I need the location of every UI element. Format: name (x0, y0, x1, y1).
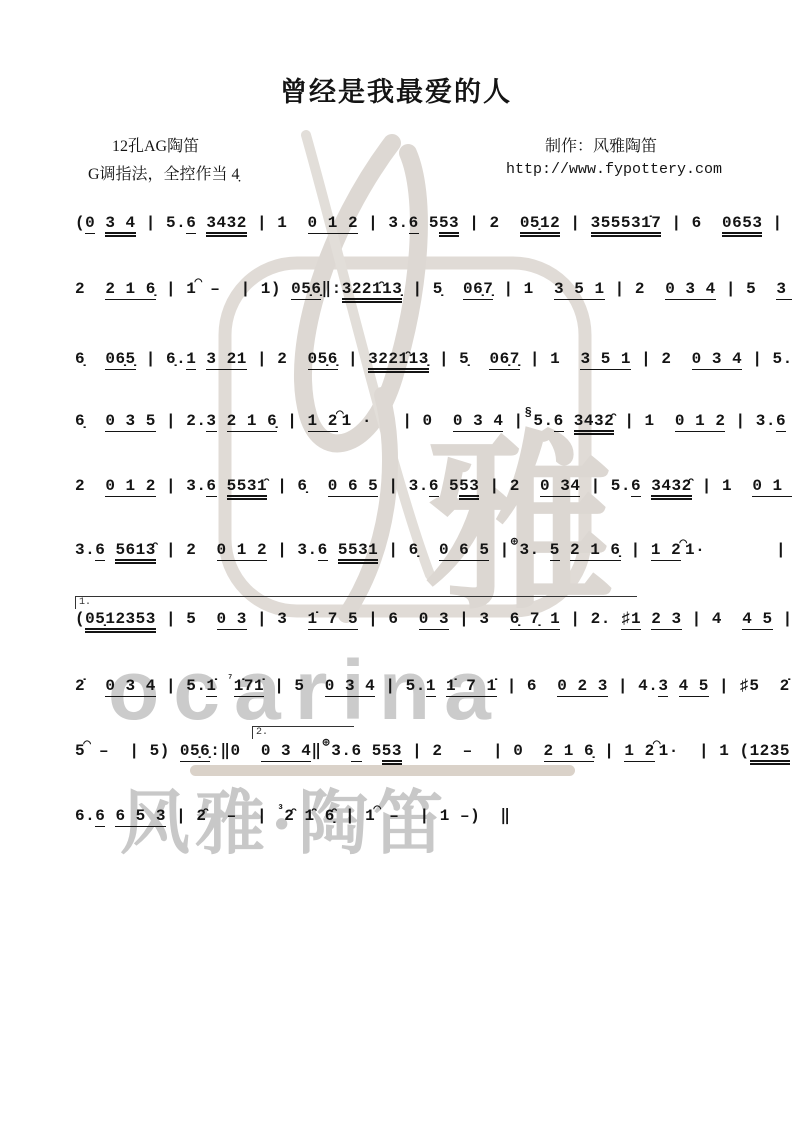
tie-arc: ⌒ (83, 736, 91, 751)
volta-2-bracket: 2. (252, 726, 354, 739)
fengya-logo-watermark: 雅 (130, 115, 670, 655)
score-line: (05̣12353 | 5 0 3 | 3 1̇ 7 5 | 6 0 3 | 3… (75, 606, 792, 634)
score-line: 2̇ 0 3 4 | 5.1̇ ⁷1̇71̇ | 5 0 3 4 | 5.1 1… (75, 673, 792, 701)
score-line: 3.6 5613̑ | 2 0 1 2 | 3.6 5531 | 6̣ 0 6 … (75, 537, 786, 564)
tie-arc: ⌒ (679, 535, 687, 550)
tie-arc: ⌒ (194, 274, 202, 289)
maker-label: 制作：风雅陶笛 (545, 133, 657, 156)
grace-note: ⁷ (227, 674, 234, 686)
song-title: 曾经是我最爱的人 (0, 70, 792, 109)
score-line: 2 2 1 6̣ | 1⌒ – | 1) 05̣6̣‖:3221̑13̣ | 5… (75, 276, 792, 303)
segno-sign: § (525, 406, 533, 420)
tie-arc: ⌒ (336, 406, 344, 421)
score-line: (0 3 4 | 5.6 3432 | 1 0 1 2 | 3.6 553 | … (75, 210, 783, 236)
tie-arc: ⌒ (373, 801, 381, 816)
score-line: 5⌒ – | 5) 05̣6̣:‖0 0 3 4‖⊕3.6 553 | 2 – … (75, 738, 792, 765)
volta-1-bracket: 1. (75, 596, 637, 609)
score-line: 6̣ 0 3 5 | 2.3 2 1 6̣ | 1 2⌒1 · | 0 0 3 … (75, 408, 792, 435)
triplet-figure: ³ (277, 804, 284, 816)
score-line: 2 0 1 2 | 3.6 5531̑ | 6̣ 0 6 5 | 3.6 553… (75, 473, 792, 499)
score-line: 6̣ 06̣5̣ | 6̣.1 3 21 | 2 05̣6̣ | 3221̑13… (75, 346, 792, 372)
website-label: http://www.fypottery.com (506, 161, 722, 178)
fingering-label: G调指法，全控作当 4̣ (88, 161, 240, 184)
sheet-page: 雅 ocarina 风雅·陶笛 曾经是我最爱的人 12孔AG陶笛 G调指法，全控… (0, 0, 792, 1121)
coda-sign: ⊕ (511, 535, 519, 549)
tie-arc: ⌒ (653, 736, 661, 751)
watermark-underline-bar (190, 765, 575, 776)
instrument-label: 12孔AG陶笛 (112, 133, 199, 156)
score-line: 6.6 6 5 3 | 2̑ – | ³2̑ 1̑ 6̣̑ | 1⌒ – | 1… (75, 803, 511, 831)
